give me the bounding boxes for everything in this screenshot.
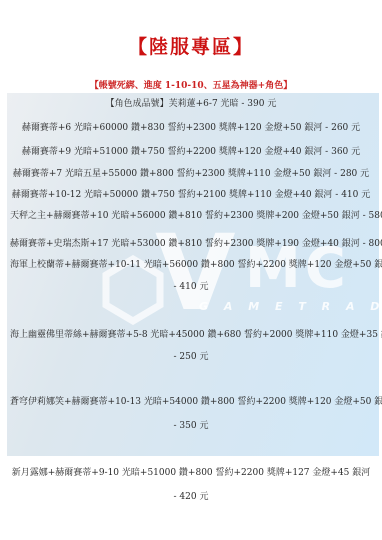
listing-row-price: - 420 元 [10,492,372,503]
page-subtitle: 【帳號死綁、進度 1-10-10、五星為神器+角色】 [0,78,382,91]
listing-row: 天秤之主+赫爾賽蒂+10 光暗+56000 鑽+810 誓約+2300 獎牌+2… [10,211,372,222]
listing-row: 海上幽靈佛里蒂絲+赫爾賽蒂+5-8 光暗+45000 鑽+680 誓約+2000… [10,330,372,341]
listing-row-price: - 410 元 [10,282,372,293]
flyer-page: 【陸服專區】 【帳號死綁、進度 1-10-10、五星為神器+角色】 V MC G… [0,0,382,540]
listing-row: 赫爾賽蒂+7 光暗五星+55000 鑽+800 誓約+2300 獎牌+110 金… [10,169,372,180]
listing-row: 赫爾賽蒂+9 光暗+51000 鑽+750 誓約+2200 獎牌+120 金燈+… [10,147,372,158]
listing-header-row: 【角色成品號】芙莉蓮+6-7 光暗 - 390 元 [10,99,372,110]
listing-row: 赫爾賽蒂+10-12 光暗+50000 鑽+750 誓約+2100 獎牌+110… [10,190,372,201]
listing-row-price: - 350 元 [10,421,372,432]
listing-row: 赫爾賽蒂+6 光暗+60000 鑽+830 誓約+2300 獎牌+120 金燈+… [10,123,372,134]
page-title: 【陸服專區】 [0,32,382,59]
listing-row-price: - 250 元 [10,352,372,363]
listing-row: 蒼穹伊莉娜笑+赫爾賽蒂+10-13 光暗+54000 鑽+800 誓約+2200… [10,397,372,408]
watermark-tagline: G A M E T R A D E [199,300,349,313]
listing-row: 海軍上校蘭蒂+赫爾賽蒂+10-11 光暗+56000 鑽+800 誓約+2200… [10,260,372,271]
listing-row: 赫爾賽蒂+史瑞杰斯+17 光暗+53000 鑽+810 誓約+2300 獎牌+1… [10,239,372,250]
listing-row: 新月露娜+赫爾賽蒂+9-10 光暗+51000 鑽+800 誓約+2200 獎牌… [10,468,372,479]
